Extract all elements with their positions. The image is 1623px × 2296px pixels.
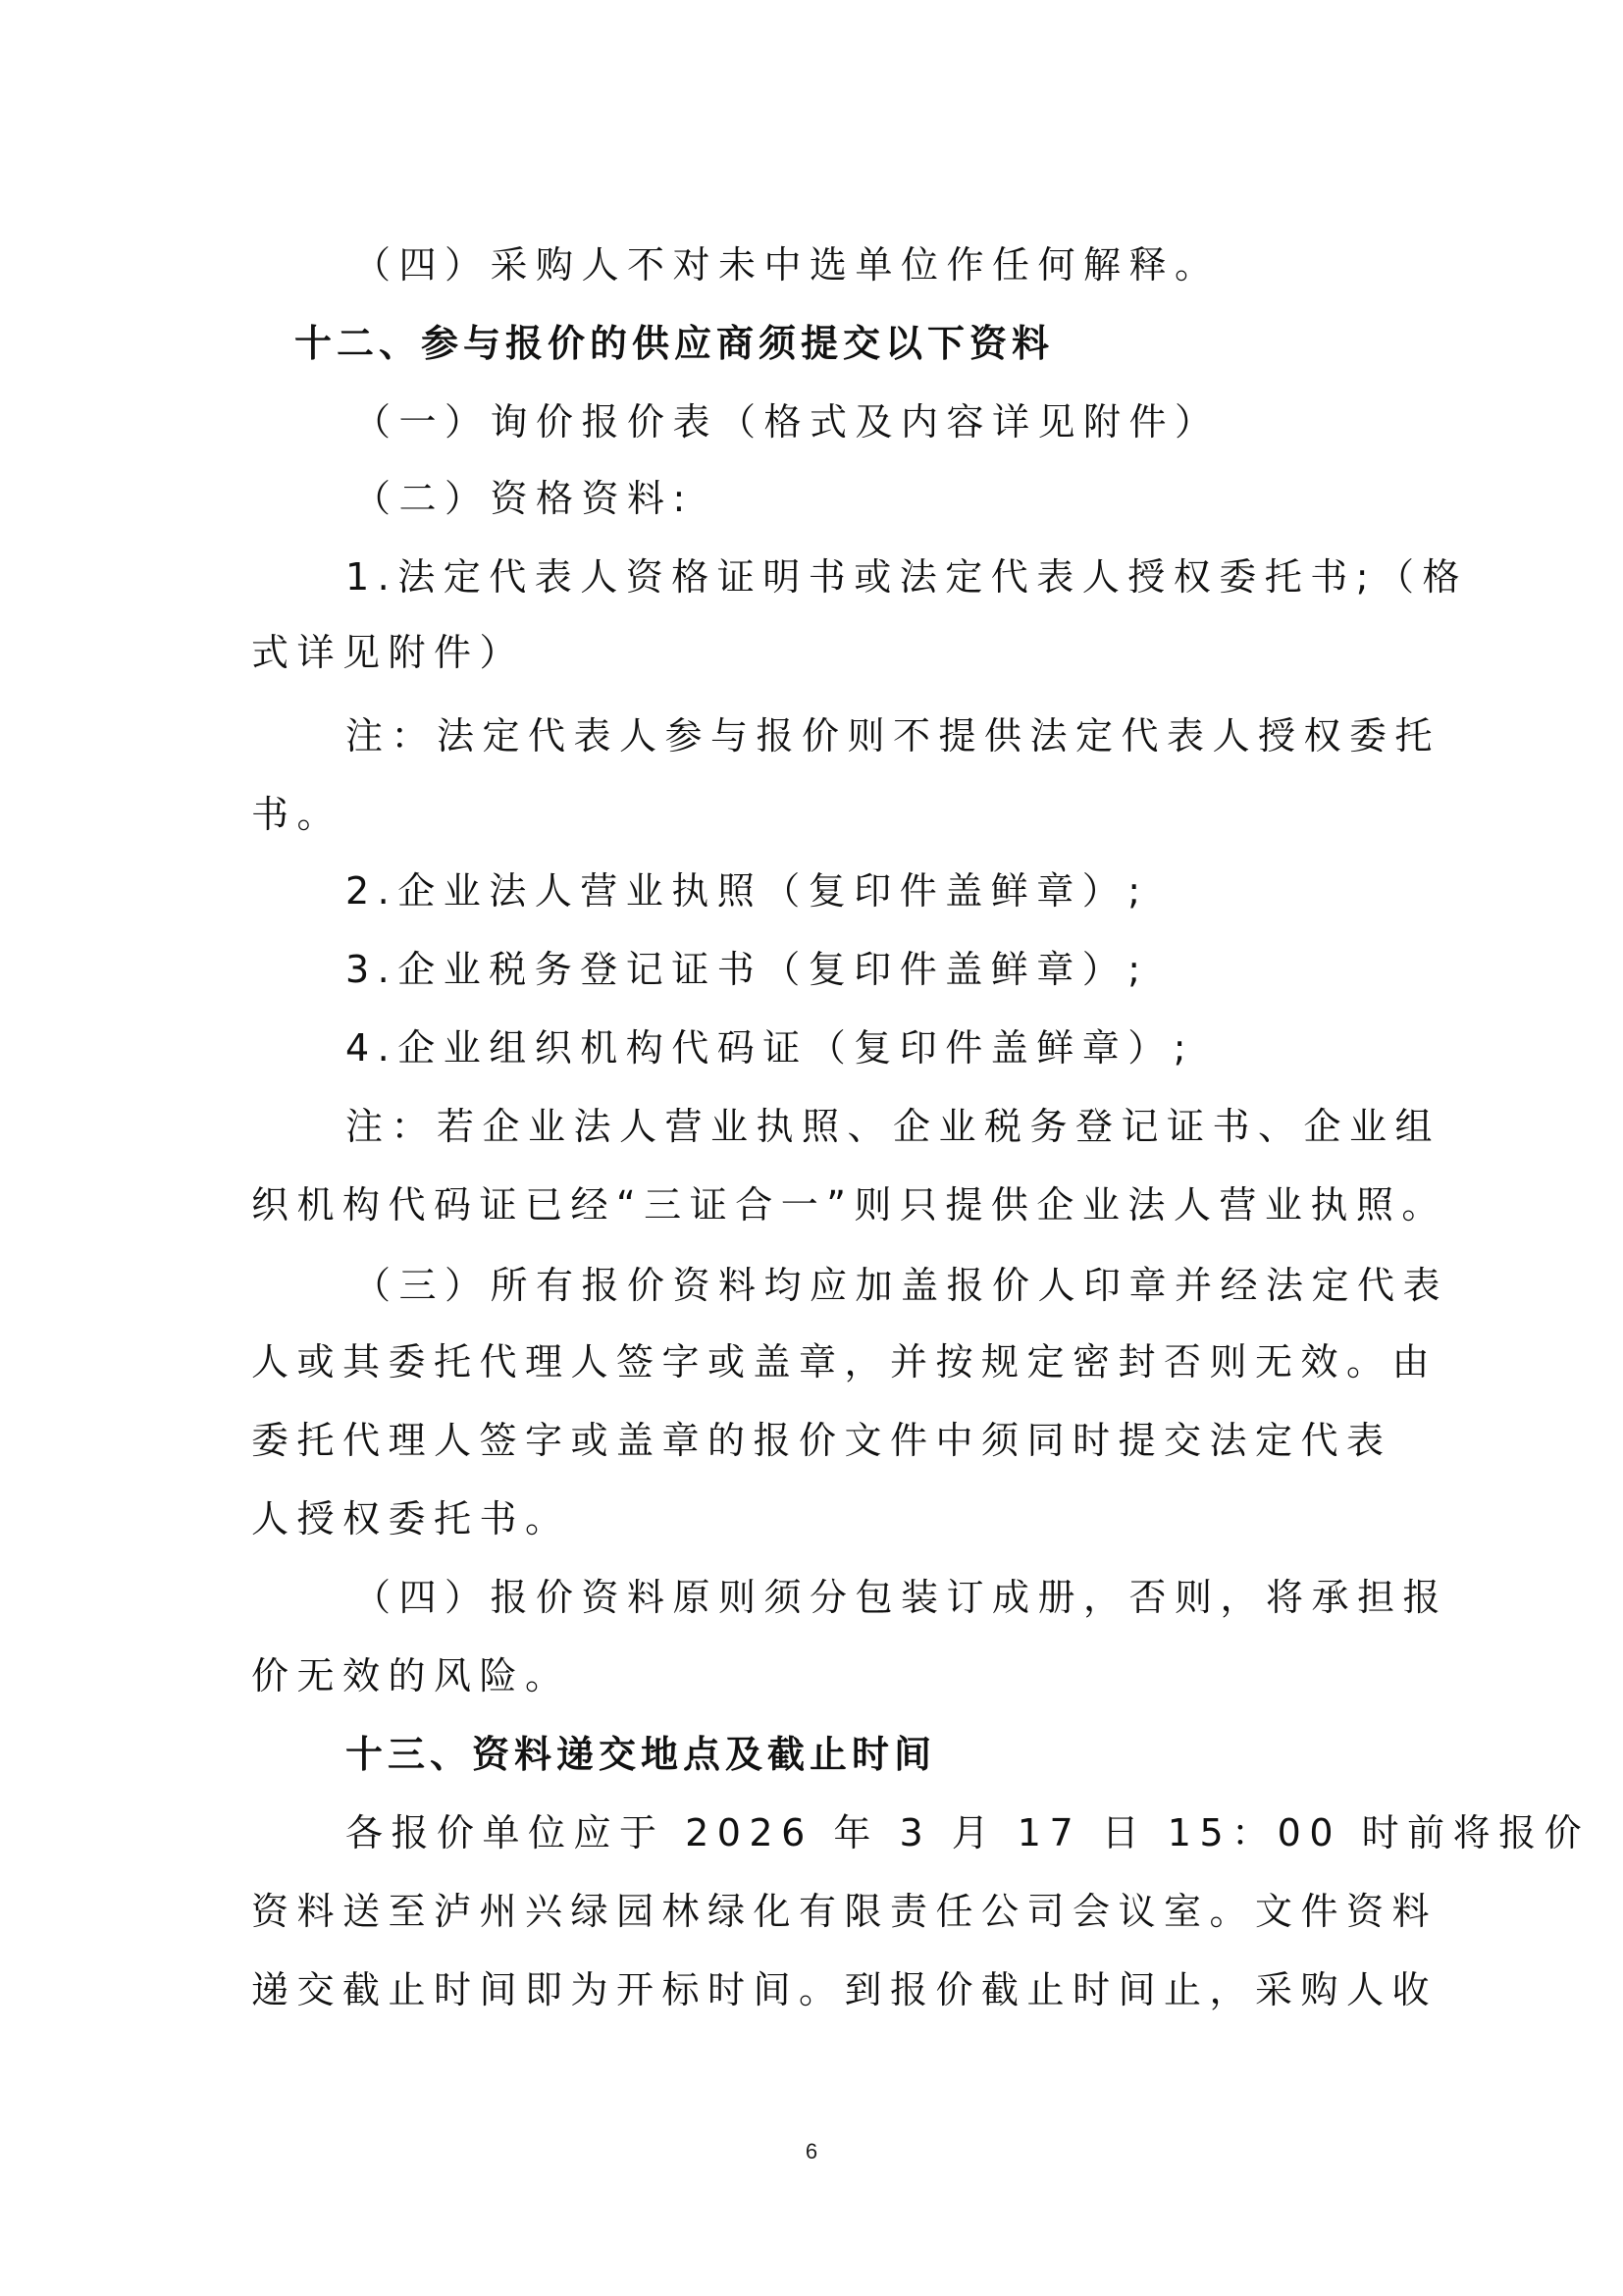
section-heading-12: 十二、参与报价的供应商须提交以下资料 (294, 319, 1054, 368)
paragraph-line: 人或其委托代理人签字或盖章，并按规定密封否则无效。由 (251, 1337, 1438, 1386)
paragraph-line: 递交截止时间即为开标时间。到报价截止时间止，采购人收 (251, 1965, 1438, 2014)
note-line: 注：法定代表人参与报价则不提供法定代表人授权委托 (345, 711, 1440, 760)
paragraph-line: 各报价单位应于 2026 年 3 月 17 日 15：00 时前将报价 (345, 1808, 1590, 1857)
paragraph-line: （四）采购人不对未中选单位作任何解释。 (353, 240, 1221, 289)
paragraph-line: （一）询价报价表（格式及内容详见附件） (353, 397, 1221, 446)
note-line: 书。 (251, 790, 342, 839)
note-line: 注：若企业法人营业执照、企业税务登记证书、企业组 (345, 1102, 1440, 1151)
page-number: 6 (0, 2139, 1623, 2165)
paragraph-line: 人授权委托书。 (251, 1494, 571, 1543)
list-item: 4.企业组织机构代码证（复印件盖鲜章）; (345, 1023, 1194, 1072)
paragraph-line: 资料送至泸州兴绿园林绿化有限责任公司会议室。文件资料 (251, 1887, 1438, 1936)
list-item: 3.企业税务登记证书（复印件盖鲜章）; (345, 945, 1149, 994)
note-line: 织机构代码证已经“三证合一”则只提供企业法人营业执照。 (251, 1180, 1447, 1229)
paragraph-line: 式详见附件） (251, 628, 525, 677)
paragraph-line: 1.法定代表人资格证明书或法定代表人授权委托书;（格 (345, 552, 1468, 601)
document-page: （四）采购人不对未中选单位作任何解释。 十二、参与报价的供应商须提交以下资料 （… (0, 0, 1623, 2296)
section-heading-13: 十三、资料递交地点及截止时间 (345, 1730, 936, 1779)
paragraph-line: 价无效的风险。 (251, 1651, 571, 1700)
paragraph-line: （三）所有报价资料均应加盖报价人印章并经法定代表 (353, 1261, 1448, 1310)
paragraph-line: 委托代理人签字或盖章的报价文件中须同时提交法定代表 (251, 1416, 1392, 1465)
list-item: 2.企业法人营业执照（复印件盖鲜章）; (345, 866, 1149, 915)
paragraph-line: （四）报价资料原则须分包装订成册，否则，将承担报 (353, 1573, 1448, 1622)
paragraph-line: （二）资格资料: (353, 474, 694, 523)
